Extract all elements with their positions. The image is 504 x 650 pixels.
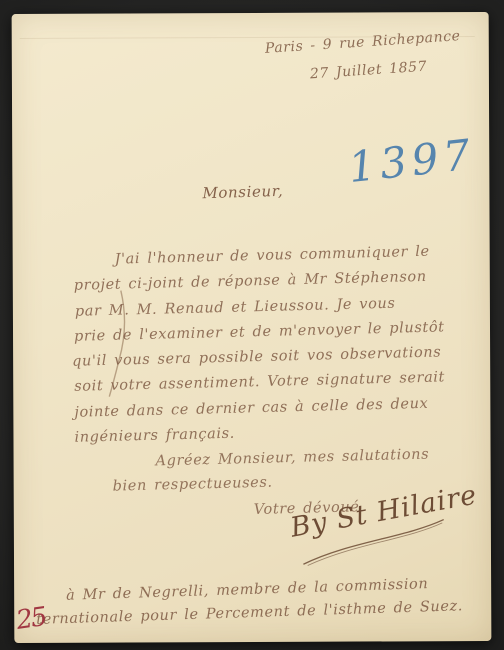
closing-line: bien respectueuses. (112, 475, 272, 495)
letter-header-address: Paris - 9 rue Richepance (265, 28, 462, 57)
signature-block: By St Hilaire (288, 485, 456, 570)
salutation: Monsieur, (202, 182, 283, 202)
footer-recipient-line: à Mr de Negrelli, membre de la commissio… (66, 576, 429, 604)
body-line: projet ci-joint de réponse à Mr Stéphens… (74, 269, 427, 294)
red-archival-mark: 25 (14, 602, 47, 636)
letter-header-date: 27 Juillet 1857 (309, 59, 427, 83)
archival-number: 1397 (346, 130, 477, 193)
letter-paper: Paris - 9 rue Richepance 27 Juillet 1857… (12, 12, 492, 643)
body-line: J'ai l'honneur de vous communiquer le (114, 244, 429, 268)
closing-line: Agréez Monsieur, mes salutations (155, 446, 429, 469)
body-line: jointe dans ce dernier cas à celle des d… (74, 396, 428, 421)
body-line: ingénieurs français. (74, 426, 235, 446)
